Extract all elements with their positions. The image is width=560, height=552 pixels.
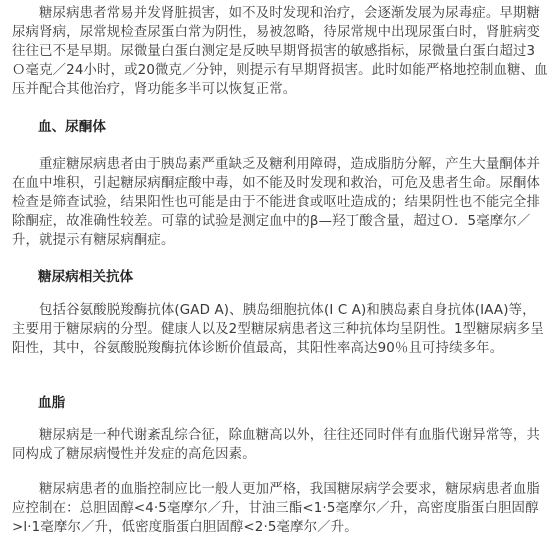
article: 糖尿病患者常易并发肾脏损害，如不及时发现和治疗，会逐渐发展为尿毒症。早期糖尿病肾… — [0, 0, 560, 552]
heading-ketone-bodies: 血、尿酮体 — [38, 118, 106, 137]
paragraph-kidney-damage: 糖尿病患者常易并发肾脏损害，如不及时发现和治疗，会逐渐发展为尿毒症。早期糖尿病肾… — [12, 4, 548, 99]
heading-blood-lipids: 血脂 — [38, 394, 65, 413]
paragraph-blood-lipids-targets: 糖尿病患者的血脂控制应比一般人更加严格，我国糖尿病学会要求，糖尿病患者血脂应控制… — [12, 480, 548, 537]
paragraph-ketone-bodies: 重症糖尿病患者由于胰岛素严重缺乏及糖利用障碍，造成脂肪分解，产生大量酮体并在血中… — [12, 155, 548, 250]
paragraph-blood-lipids-intro: 糖尿病是一种代谢紊乱综合征，除血糖高以外，往往还同时伴有血脂代谢异常等，共同构成… — [12, 426, 548, 464]
heading-diabetes-antibodies: 糖尿病相关抗体 — [38, 268, 133, 287]
paragraph-diabetes-antibodies: 包括谷氨酸脱羧酶抗体(GAD A)、胰岛细胞抗体(I C A)和胰岛素自身抗体(… — [12, 301, 548, 358]
